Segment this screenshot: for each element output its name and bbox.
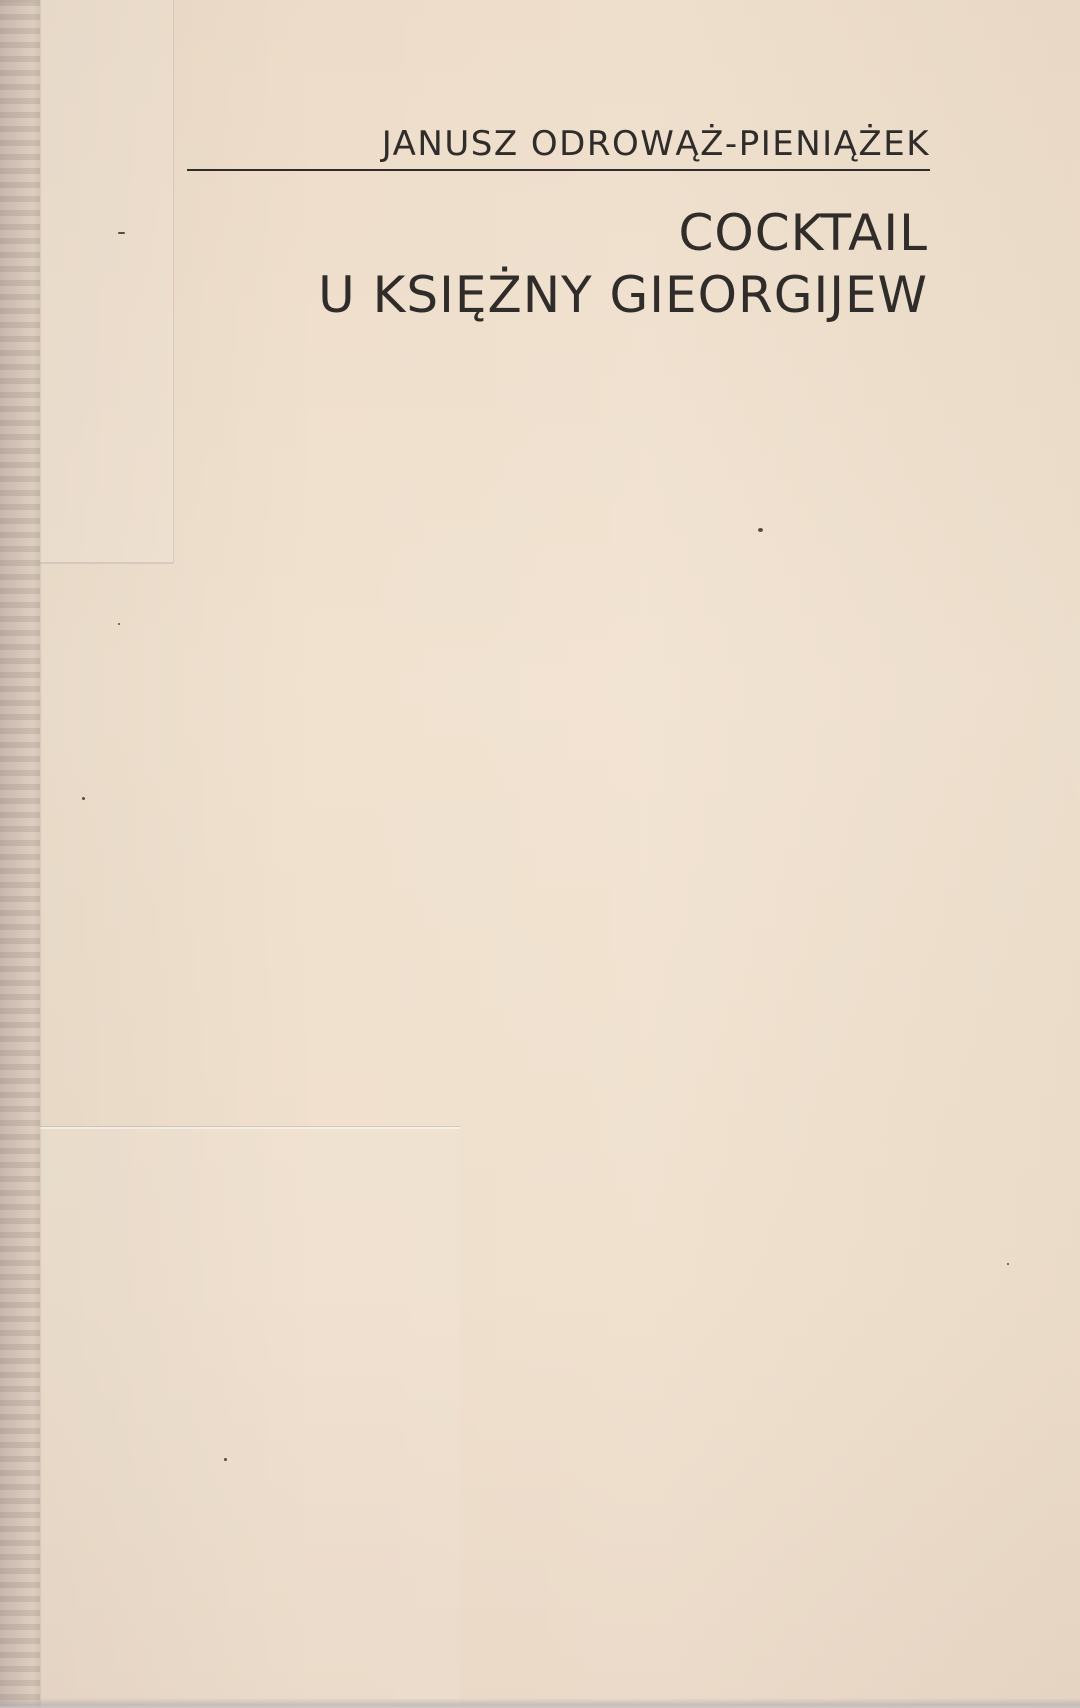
tape-strip-bottom [40, 1127, 460, 1708]
paper-speck [224, 1458, 227, 1461]
title-line-1: COCKTAIL [260, 202, 928, 264]
title-line-2: U KSIĘŻNY GIEORGIJEW [260, 264, 928, 326]
paper-speck [82, 797, 85, 800]
book-cover: JANUSZ ODROWĄŻ-PIENIĄŻEK COCKTAIL U KSIĘ… [0, 0, 1080, 1708]
paper-speck [118, 232, 125, 234]
divider-rule [187, 169, 930, 171]
bottom-wrap-edge [0, 1698, 1080, 1708]
spine-plastic-wrap [0, 0, 40, 1708]
paper-speck [118, 623, 120, 625]
tape-strip-top [40, 0, 174, 564]
book-title: COCKTAIL U KSIĘŻNY GIEORGIJEW [260, 202, 928, 326]
paper-speck [758, 528, 763, 532]
paper-speck [1007, 1263, 1009, 1265]
author-name: JANUSZ ODROWĄŻ-PIENIĄŻEK [352, 124, 930, 164]
